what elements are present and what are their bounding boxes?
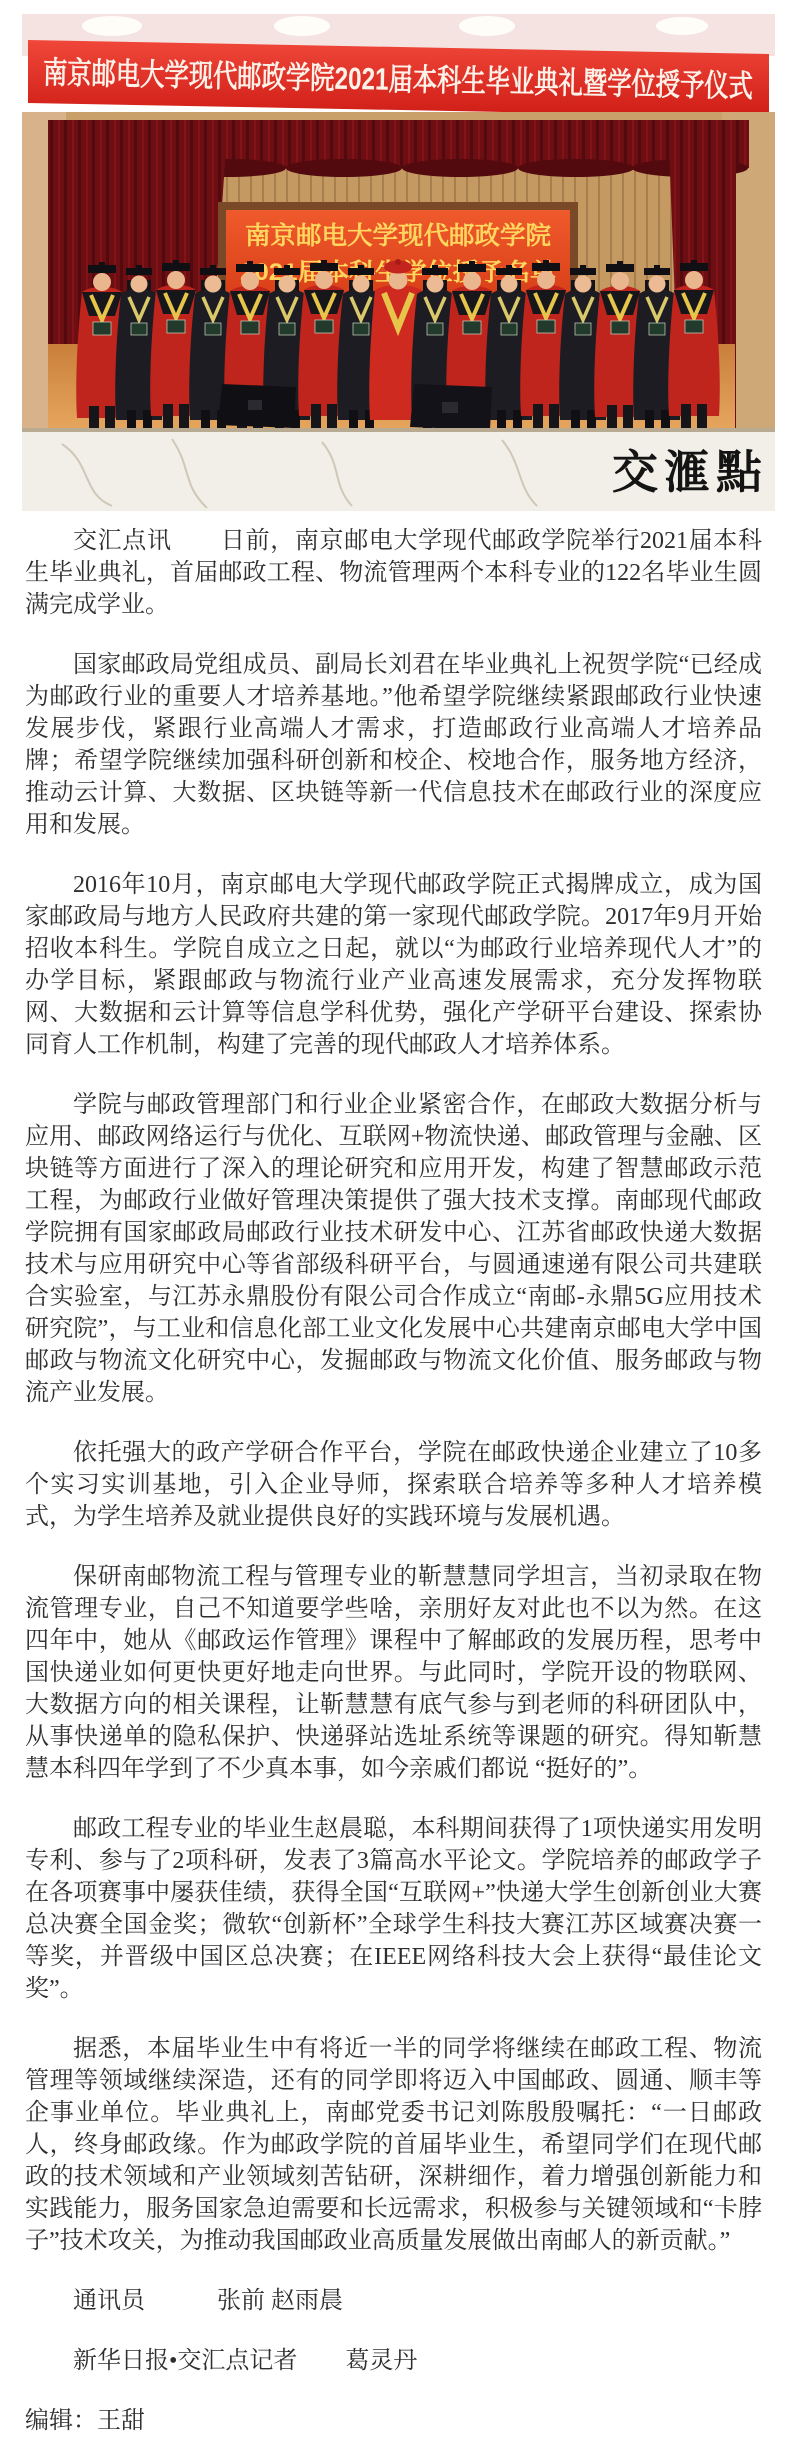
article-paragraph: 学院与邮政管理部门和行业企业紧密合作，在邮政大数据分析与应用、邮政网络运行与优化… bbox=[25, 1089, 762, 1409]
article-paragraph: 邮政工程专业的毕业生赵晨聪，本科期间获得了1项快递实用发明专利、参与了2项科研，… bbox=[25, 1813, 762, 2005]
editor-credit: 编辑：王甜 bbox=[25, 2405, 762, 2437]
led-screen-line1: 南京邮电大学现代邮政学院 bbox=[245, 221, 551, 250]
article-paragraph: 依托强大的政产学研合作平台，学院在邮政快递企业建立了10多个实习实训基地，引入企… bbox=[25, 1437, 762, 1533]
article-body: 交汇点讯 日前，南京邮电大学现代邮政学院举行2021届本科生毕业典礼，首届邮政工… bbox=[0, 511, 787, 2437]
graduation-photo: 南京邮电大学现代邮政学院2021届本科生毕业典礼暨学位授予仪式 南京邮电大学现代… bbox=[22, 14, 775, 511]
speaker-right bbox=[410, 384, 492, 430]
press-watermark: 交滙點 bbox=[612, 447, 768, 498]
article-paragraph: 据悉，本届毕业生中有将近一半的同学将继续在邮政工程、物流管理等领域继续深造，还有… bbox=[25, 2033, 762, 2257]
article-paragraph: 国家邮政局党组成员、副局长刘君在毕业典礼上祝贺学院“已经成为邮政行业的重要人才培… bbox=[25, 649, 762, 841]
article-paragraph: 2016年10月，南京邮电大学现代邮政学院正式揭牌成立，成为国家邮政局与地方人民… bbox=[25, 869, 762, 1061]
byline-correspondent: 通讯员 张前 赵雨晨 bbox=[25, 2285, 762, 2317]
graduates-row bbox=[76, 259, 720, 432]
speaker-left bbox=[218, 384, 296, 428]
article-paragraph-lead: 交汇点讯 日前，南京邮电大学现代邮政学院举行2021届本科生毕业典礼，首届邮政工… bbox=[25, 525, 762, 621]
article-paragraph: 保研南邮物流工程与管理专业的靳慧慧同学坦言，当初录取在物流管理专业，自己不知道要… bbox=[25, 1561, 762, 1785]
stage-apron: 交滙點 bbox=[22, 428, 775, 511]
byline-reporter: 新华日报•交汇点记者 葛灵丹 bbox=[25, 2345, 762, 2377]
